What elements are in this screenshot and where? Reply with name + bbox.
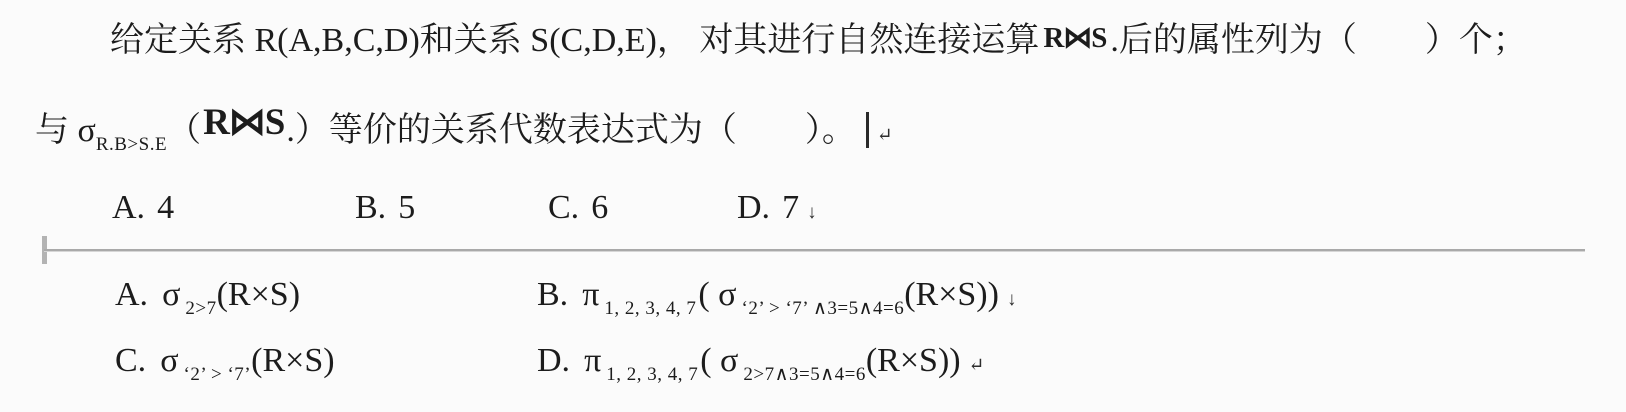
expression-choice-d: D.π1, 2, 3, 4, 7( σ2>7∧3=5∧4=6(R×S))↵ xyxy=(537,337,985,399)
document-page[interactable]: 给定关系 R(A,B,C,D)和关系 S(C,D,E)， 对其进行自然连接运算R… xyxy=(0,0,1626,412)
inner-open: ( σ xyxy=(700,342,738,379)
operator-subscript: 2>7 xyxy=(185,298,216,319)
count-choice-a: A.4 xyxy=(112,184,174,232)
choice-label: C. xyxy=(548,189,579,226)
horizontal-rule xyxy=(44,249,1585,252)
operator-subscript: ‘2’ > ‘7’ xyxy=(184,364,252,385)
choice-value: 6 xyxy=(591,189,608,226)
inner-open: ( σ xyxy=(698,276,736,313)
choice-label: B. xyxy=(537,276,568,313)
natural-join-formula-inline: R⋈S xyxy=(1043,22,1106,54)
pi-operator: π xyxy=(584,342,601,379)
open-paren: （ xyxy=(167,112,201,149)
expression-tail: (R×S) xyxy=(251,342,334,379)
operator-subscript: 1, 2, 3, 4, 7 xyxy=(604,298,696,319)
condition-subscript: 2>7∧3=5∧4=6 xyxy=(743,364,865,385)
expression-choice-c: C.σ‘2’ > ‘7’(R×S) xyxy=(115,337,335,399)
question-line-1-text: 给定关系 R(A,B,C,D)和关系 S(C,D,E)， 对其进行自然连接运算 xyxy=(110,22,1039,59)
operator-subscript: 1, 2, 3, 4, 7 xyxy=(606,364,698,385)
choice-label: B. xyxy=(355,189,386,226)
sigma-selection-subscript: R.B>S.E xyxy=(96,134,167,155)
formula-dot: . xyxy=(286,112,295,149)
count-choice-d: D.7↓ xyxy=(737,184,817,237)
sigma-prefix: 与 σ xyxy=(35,112,96,149)
choice-label: A. xyxy=(115,276,148,313)
text-cursor xyxy=(866,112,869,148)
sigma-operator: σ xyxy=(160,342,178,379)
line-break-mark-icon: ↓ xyxy=(1007,289,1017,310)
choice-label: A. xyxy=(112,189,145,226)
expression-tail: (R×S) xyxy=(217,276,300,313)
pi-operator: π xyxy=(582,276,599,313)
count-choice-b: B.5 xyxy=(355,184,415,232)
expression-choice-b: B.π1, 2, 3, 4, 7( σ‘2’ > ‘7’ ∧3=5∧4=6(R×… xyxy=(537,271,1016,333)
expression-tail: (R×S)) xyxy=(904,276,999,313)
natural-join-formula-large: R⋈S xyxy=(203,102,284,143)
choice-value: 4 xyxy=(157,189,174,226)
paragraph-mark-icon: ↵ xyxy=(969,355,985,376)
close-paren: ） xyxy=(295,112,329,149)
choice-value: 5 xyxy=(398,189,415,226)
choice-label: D. xyxy=(737,189,770,226)
choice-label: D. xyxy=(537,342,570,379)
count-choice-c: C.6 xyxy=(548,184,608,232)
question-line-1: 给定关系 R(A,B,C,D)和关系 S(C,D,E)， 对其进行自然连接运算R… xyxy=(110,14,1527,65)
choice-value: 7 xyxy=(782,189,799,226)
condition-subscript: ‘2’ > ‘7’ ∧3=5∧4=6 xyxy=(742,298,905,319)
paragraph-mark-icon: ↵ xyxy=(877,125,893,146)
question-line-2: 与 σR.B>S.E（R⋈S.）等价的关系代数表达式为（ ）。↵ xyxy=(35,99,893,169)
sigma-operator: σ xyxy=(162,276,180,313)
line-break-mark-icon: ↓ xyxy=(807,202,817,223)
question-line-1-tail: .后的属性列为（ ）个； xyxy=(1110,22,1527,59)
question-line-2-tail: 等价的关系代数表达式为（ ）。 xyxy=(329,112,856,149)
choice-label: C. xyxy=(115,342,146,379)
expression-choice-a: A.σ2>7(R×S) xyxy=(115,271,300,333)
expression-tail: (R×S)) xyxy=(866,342,961,379)
